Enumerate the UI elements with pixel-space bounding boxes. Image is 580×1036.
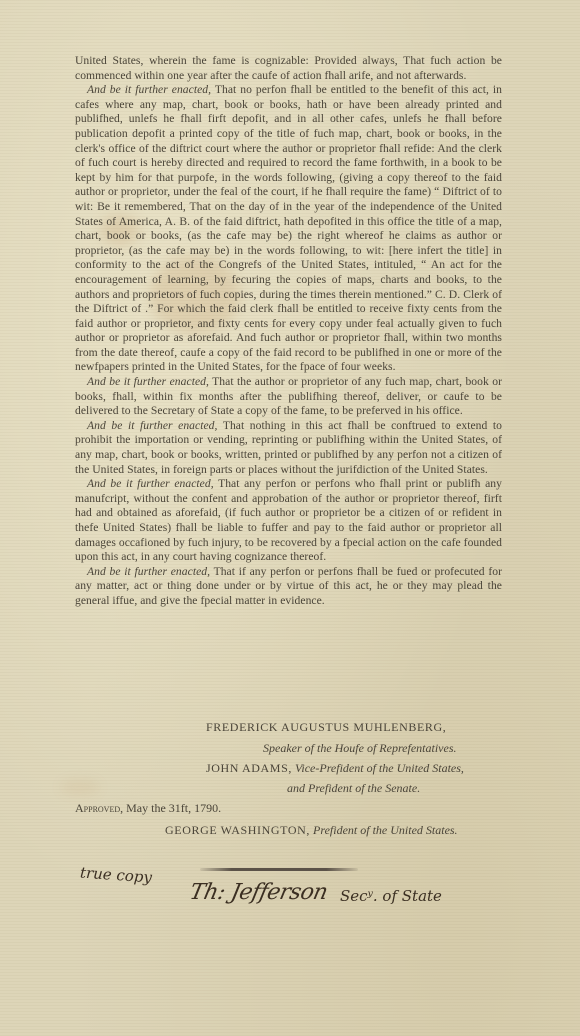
jefferson-signature: Th: Jefferson	[187, 880, 329, 905]
paragraph-continuation: United States, wherein the fame is cogni…	[75, 54, 502, 83]
enacting-clause: And be it further enacted,	[87, 565, 210, 578]
vp-name: JOHN ADAMS,	[206, 761, 292, 775]
paragraph-text: United States, wherein the fame is cogni…	[75, 54, 502, 82]
signature-title: Secʸ. of State	[340, 887, 442, 905]
vp-title: Vice-Prefident of the United States,	[295, 761, 464, 775]
speaker-name: FREDERICK AUGUSTUS MUHLENBERG,	[206, 720, 446, 735]
paragraph-manuscripts: And be it further enacted, That any perf…	[75, 477, 502, 565]
enacting-clause: And be it further enacted,	[87, 375, 209, 388]
paragraph-text: That no perfon fhall be entitled to the …	[75, 83, 502, 373]
president-name: GEORGE WASHINGTON,	[165, 823, 310, 837]
president-line: GEORGE WASHINGTON, Prefident of the Unit…	[165, 823, 458, 838]
president-title: Prefident of the United States.	[313, 823, 458, 837]
vp-title-senate: and Prefident of the Senate.	[287, 781, 420, 796]
enacting-clause: And be it further enacted,	[87, 419, 217, 432]
decorative-rule	[200, 868, 358, 871]
enacting-clause: And be it further enacted,	[87, 477, 214, 490]
paragraph-registration: And be it further enacted, That no perfo…	[75, 83, 502, 375]
approved-date: May the 31ft, 1790.	[126, 801, 221, 815]
paragraph-general-issue: And be it further enacted, That if any p…	[75, 565, 502, 609]
document-body: United States, wherein the fame is cogni…	[75, 54, 502, 609]
paper-stain	[60, 780, 100, 794]
enacting-clause: And be it further enacted,	[87, 83, 211, 96]
approved-label: Approved,	[75, 801, 123, 815]
approved-line: Approved, May the 31ft, 1790.	[75, 801, 221, 816]
paragraph-delivery: And be it further enacted, That the auth…	[75, 375, 502, 419]
paragraph-importation: And be it further enacted, That nothing …	[75, 419, 502, 477]
handwritten-note: true copy	[79, 864, 152, 887]
speaker-title: Speaker of the Houfe of Reprefentatives.	[263, 741, 457, 756]
vp-line: JOHN ADAMS, Vice-Prefident of the United…	[206, 761, 464, 776]
